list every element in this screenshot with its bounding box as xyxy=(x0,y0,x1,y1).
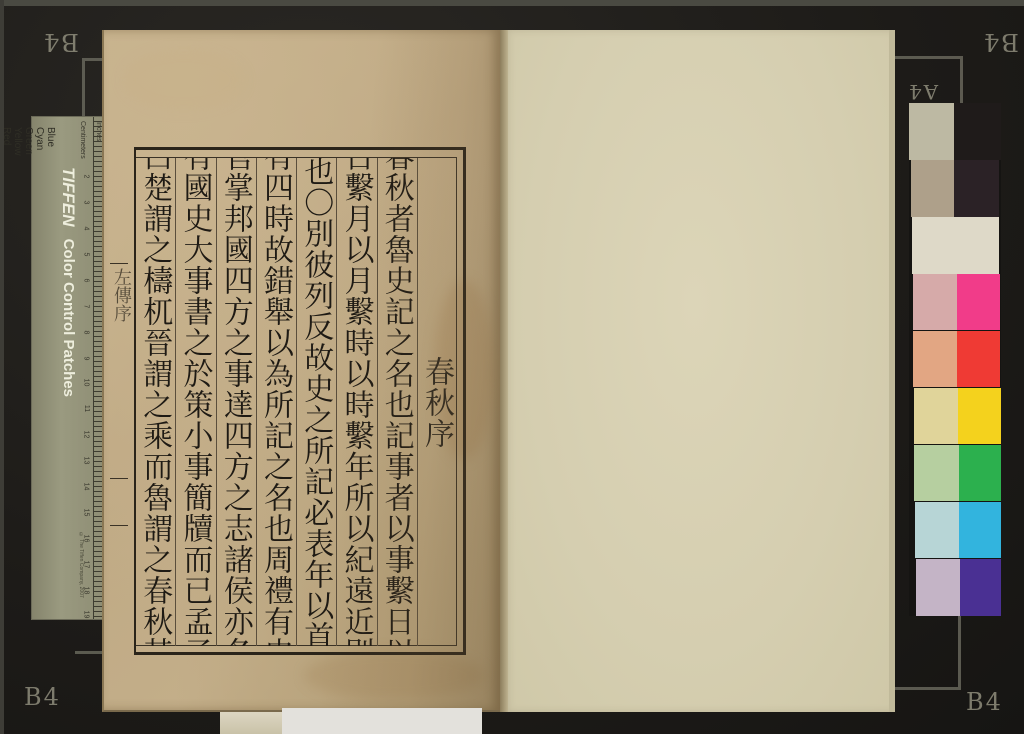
text-column-5: 官掌邦國四方之事達四方之志諸侯亦各 xyxy=(216,158,256,646)
color-calibration-chart xyxy=(909,103,1001,616)
b4-label-bottom-right: B4 xyxy=(966,688,1003,716)
patch-light-gray xyxy=(909,103,954,160)
patch-green xyxy=(959,445,1001,501)
a4-label: A4 xyxy=(907,80,938,104)
ruler-cm-tick: 16 xyxy=(83,535,90,543)
patch-yellow xyxy=(958,388,1001,444)
paper-stain xyxy=(124,50,244,110)
ruler-label-green: Green xyxy=(23,127,34,617)
margin-mark xyxy=(110,525,128,526)
ruler-unit-centimeters: Centimeters xyxy=(79,121,86,159)
ruler-color-labels: Blue Cyan Green Yellow Red Magenta White… xyxy=(38,127,56,617)
ruler-label-yellow: Yellow xyxy=(12,127,23,617)
patch-light-violet xyxy=(916,559,960,616)
b4-label-bottom-left: B4 xyxy=(24,683,61,711)
ruler-cm-tick: 14 xyxy=(83,483,90,491)
ruler-cm-tick: 19 xyxy=(83,611,90,619)
ruler-cm-tick: 13 xyxy=(83,457,90,465)
ruler-cm-tick: 15 xyxy=(83,509,90,517)
text-column-3: 同異也〇別彼列反故史之所記必表年以首事年 xyxy=(296,158,336,646)
ruler-label-red: Red xyxy=(1,127,12,617)
ruler-scale-ticks xyxy=(76,117,104,619)
ruler-cm-tick: 5 xyxy=(83,253,90,257)
b4-label-top-left: B4 xyxy=(42,28,79,56)
text-column-title: 春秋序 xyxy=(417,158,457,646)
patch-cyan xyxy=(959,502,1001,558)
patch-white xyxy=(912,217,999,274)
ruler-label-blue: Blue xyxy=(45,127,56,617)
patch-light-cyan xyxy=(915,502,959,558)
ruler-unit-inches: Inches xyxy=(95,121,102,142)
guide-outline-bottom-left xyxy=(75,640,105,654)
patch-light-orange xyxy=(913,331,957,387)
text-column-6: 有國史大事書之於策小事簡牘而已孟子 xyxy=(175,158,215,646)
margin-mark xyxy=(110,263,128,264)
patch-light-green xyxy=(914,445,959,501)
ruler-cm-tick: 11 xyxy=(83,405,90,412)
patch-dark-gray xyxy=(954,103,1001,160)
patch-light-pink xyxy=(913,274,957,330)
board-top-edge xyxy=(0,0,1024,6)
ruler-cm-tick: 3 xyxy=(83,201,90,205)
book-spine xyxy=(500,30,508,712)
ruler-cm-tick: 18 xyxy=(83,587,90,595)
patch-light-yellow xyxy=(914,388,958,444)
ruler-label-cyan: Cyan xyxy=(34,127,45,617)
text-columns: 春秋序 春秋者魯史記之名也記事者以事繫日以 日繫月以月繫時以時繫年所以紀遠近別 … xyxy=(136,158,457,646)
ruler-cm-tick: 4 xyxy=(83,227,90,231)
ruler-cm-tick: 2 xyxy=(83,175,90,179)
ruler-label-magenta: Magenta xyxy=(0,127,1,617)
text-column-7: 曰楚謂之檮杌晉謂之乘而魯謂之春秋其 xyxy=(136,158,175,646)
ruler-cm-tick: 6 xyxy=(83,279,90,283)
ruler-cm-tick: 12 xyxy=(83,431,90,439)
patch-tan xyxy=(911,160,954,217)
text-column-1: 春秋者魯史記之名也記事者以事繫日以 xyxy=(377,158,417,646)
book-right-page xyxy=(500,30,895,712)
paper-stain xyxy=(304,650,484,700)
ruler-scale-line xyxy=(93,117,94,619)
ruler-brand: TIFFEN Color Control Patches xyxy=(58,167,78,397)
text-column-4: 有四時故錯舉以為所記之名也周禮有史 xyxy=(256,158,296,646)
margin-mark xyxy=(110,478,128,479)
ruler-product-name: Color Control Patches xyxy=(60,239,77,397)
ruler-cm-tick: 17 xyxy=(83,561,90,569)
text-column-2: 日繫月以月繫時以時繫年所以紀遠近別 xyxy=(336,158,376,646)
patch-red xyxy=(957,331,1000,387)
patch-violet xyxy=(960,559,1001,616)
ruler-cm-tick: 10 xyxy=(83,379,90,387)
ruler-cm-tick: 9 xyxy=(83,357,90,361)
b4-label-top-right: B4 xyxy=(982,28,1019,56)
text-frame: 春秋序 春秋者魯史記之名也記事者以事繫日以 日繫月以月繫時以時繫年所以紀遠近別 … xyxy=(134,147,466,655)
paper-slip-label xyxy=(282,708,482,734)
patch-dark-brown xyxy=(954,160,999,217)
ruler-cm-tick: 7 xyxy=(83,305,90,309)
guide-outline-bottom-right xyxy=(895,610,961,690)
margin-note: 左傳序 xyxy=(108,268,134,322)
ruler-cm-tick: 8 xyxy=(83,331,90,335)
patch-magenta xyxy=(957,274,1000,330)
tiffen-ruler: Blue Cyan Green Yellow Red Magenta White… xyxy=(31,116,105,620)
book-left-page: 左傳序 春秋序 春秋者魯史記之名也記事者以事繫日以 日繫月以月繫時以時繫年所以紀… xyxy=(102,30,500,712)
